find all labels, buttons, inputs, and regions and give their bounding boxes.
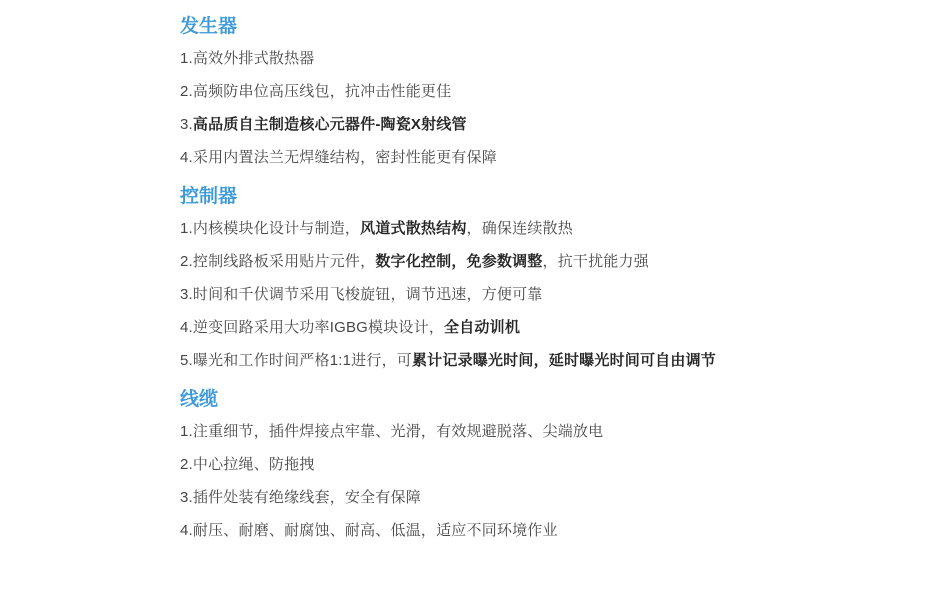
feature-item: 5.曝光和工作时间严格1:1进行，可累计记录曝光时间，延时曝光时间可自由调节 (180, 351, 876, 371)
feature-item: 4.耐压、耐磨、耐腐蚀、耐高、低温，适应不同环境作业 (180, 521, 876, 541)
feature-text: 2.高频防串位高压线包，抗冲击性能更佳 (180, 83, 451, 100)
product-description-content: 发生器1.高效外排式散热器2.高频防串位高压线包，抗冲击性能更佳3.高品质自主制… (0, 0, 936, 541)
feature-text: 5.曝光和工作时间严格1:1进行，可 (180, 352, 412, 369)
feature-item: 1.高效外排式散热器 (180, 49, 876, 69)
feature-text: 3.插件处装有绝缘线套，安全有保障 (180, 489, 421, 506)
feature-text: 4.耐压、耐磨、耐腐蚀、耐高、低温，适应不同环境作业 (180, 522, 558, 539)
feature-text: 4.采用内置法兰无焊缝结构，密封性能更有保障 (180, 149, 497, 166)
feature-item: 2.中心拉绳、防拖拽 (180, 455, 876, 475)
feature-item: 3.时间和千伏调节采用飞梭旋钮，调节迅速，方便可靠 (180, 285, 876, 305)
feature-item: 4.采用内置法兰无焊缝结构，密封性能更有保障 (180, 148, 876, 168)
feature-text-bold: 累计记录曝光时间，延时曝光时间可自由调节 (412, 352, 716, 369)
feature-text: 4.逆变回路采用大功率IGBG模块设计， (180, 319, 444, 336)
feature-item: 4.逆变回路采用大功率IGBG模块设计，全自动训机 (180, 318, 876, 338)
feature-section: 线缆1.注重细节，插件焊接点牢靠、光滑，有效规避脱落、尖端放电2.中心拉绳、防拖… (180, 387, 876, 541)
feature-text: ，确保连续散热 (467, 220, 573, 237)
feature-text-bold: 高品质自主制造核心元器件-陶瓷X射线管 (193, 116, 467, 133)
feature-text: ，抗干扰能力强 (543, 253, 649, 270)
feature-item: 3.插件处装有绝缘线套，安全有保障 (180, 488, 876, 508)
feature-item: 1.内核模块化设计与制造，风道式散热结构，确保连续散热 (180, 219, 876, 239)
feature-text: 2.中心拉绳、防拖拽 (180, 456, 315, 473)
feature-text-bold: 数字化控制，免参数调整 (375, 253, 542, 270)
feature-item: 1.注重细节，插件焊接点牢靠、光滑，有效规避脱落、尖端放电 (180, 422, 876, 442)
feature-text-bold: 全自动训机 (444, 319, 520, 336)
feature-item: 2.高频防串位高压线包，抗冲击性能更佳 (180, 82, 876, 102)
section-title: 控制器 (180, 184, 876, 210)
feature-section: 发生器1.高效外排式散热器2.高频防串位高压线包，抗冲击性能更佳3.高品质自主制… (180, 14, 876, 168)
feature-text: 1.内核模块化设计与制造， (180, 220, 360, 237)
feature-text: 3. (180, 116, 193, 133)
feature-text: 2.控制线路板采用贴片元件， (180, 253, 375, 270)
feature-text-bold: 风道式散热结构 (360, 220, 466, 237)
feature-section: 控制器1.内核模块化设计与制造，风道式散热结构，确保连续散热2.控制线路板采用贴… (180, 184, 876, 371)
feature-text: 1.高效外排式散热器 (180, 50, 315, 67)
section-title: 线缆 (180, 387, 876, 413)
feature-text: 1.注重细节，插件焊接点牢靠、光滑，有效规避脱落、尖端放电 (180, 423, 603, 440)
feature-item: 3.高品质自主制造核心元器件-陶瓷X射线管 (180, 115, 876, 135)
feature-text: 3.时间和千伏调节采用飞梭旋钮，调节迅速，方便可靠 (180, 286, 543, 303)
feature-item: 2.控制线路板采用贴片元件，数字化控制，免参数调整，抗干扰能力强 (180, 252, 876, 272)
section-title: 发生器 (180, 14, 876, 40)
